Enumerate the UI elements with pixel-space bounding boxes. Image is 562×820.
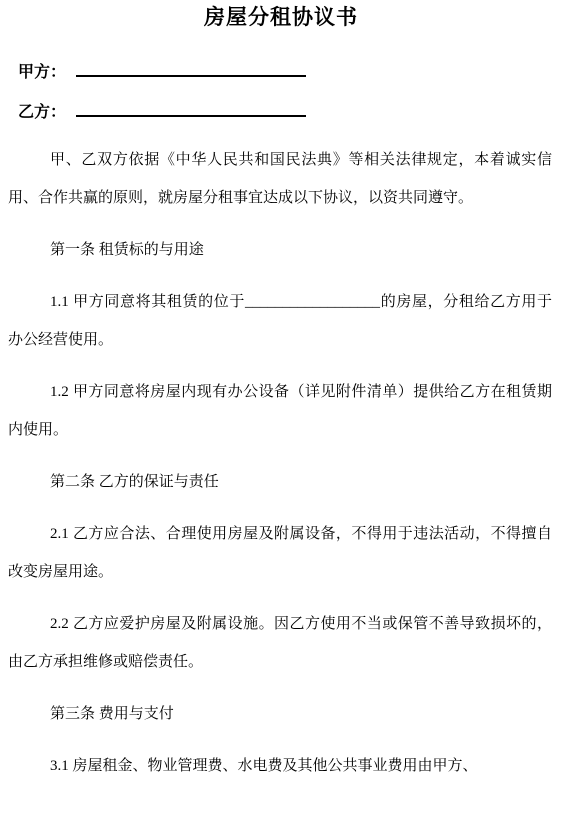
section-2-heading: 第二条 乙方的保证与责任 <box>8 463 552 501</box>
preamble-paragraph: 甲、乙双方依据《中华人民共和国民法典》等相关法律规定，本着诚实信用、合作共赢的原… <box>8 141 552 217</box>
clause-3-1: 3.1 房屋租金、物业管理费、水电费及其他公共事业费用由甲方、 <box>8 747 552 785</box>
party-b-fill-in-line <box>76 99 306 117</box>
party-b-label: 乙方： <box>18 101 66 125</box>
party-a-label: 甲方： <box>18 61 66 85</box>
document-title: 房屋分租协议书 <box>0 0 562 31</box>
section-1-heading: 第一条 租赁标的与用途 <box>8 231 552 269</box>
clause-2-2: 2.2 乙方应爱护房屋及附属设施。因乙方使用不当或保管不善导致损坏的，由乙方承担… <box>8 605 552 681</box>
contract-document-page: 房屋分租协议书 甲方： 乙方： 甲、乙双方依据《中华人民共和国民法典》等相关法律… <box>0 0 562 820</box>
clause-1-1: 1.1 甲方同意将其租赁的位于__________________的房屋，分租给… <box>8 283 552 359</box>
party-b-row: 乙方： <box>18 99 562 123</box>
clause-2-1: 2.1 乙方应合法、合理使用房屋及附属设备，不得用于违法活动，不得擅自改变房屋用… <box>8 515 552 591</box>
clause-1-2: 1.2 甲方同意将房屋内现有办公设备（详见附件清单）提供给乙方在租赁期内使用。 <box>8 373 552 449</box>
party-a-row: 甲方： <box>18 59 562 83</box>
section-3-heading: 第三条 费用与支付 <box>8 695 552 733</box>
party-a-fill-in-line <box>76 59 306 77</box>
